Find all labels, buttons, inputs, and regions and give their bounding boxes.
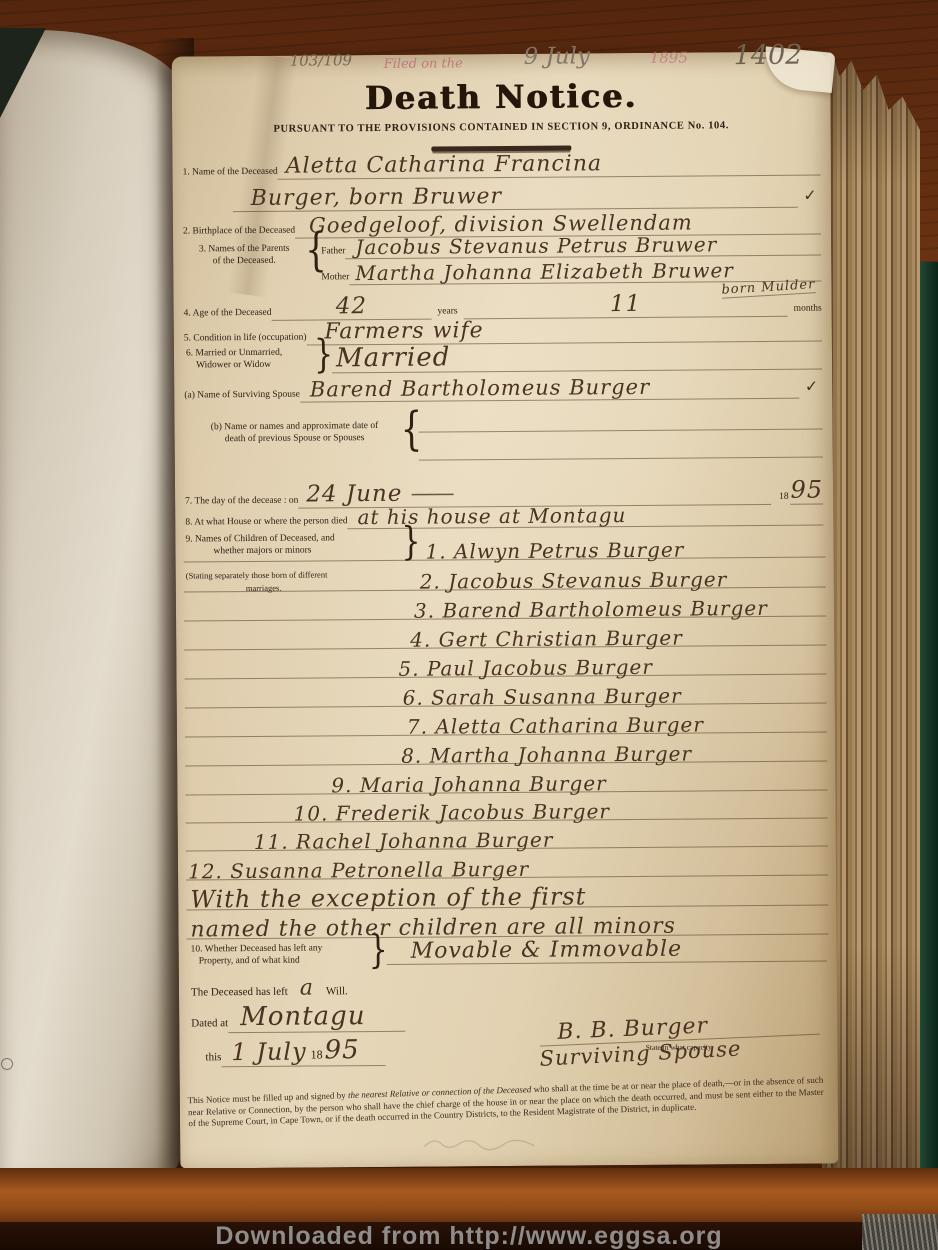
field-6-value: Married bbox=[332, 342, 822, 374]
date-year-hand: 95 bbox=[322, 1035, 385, 1066]
field-name-line2: Burger, born Bruwer ✓ bbox=[233, 184, 821, 213]
table-edge bbox=[0, 1168, 938, 1230]
dated-this-row: this 1 July 18 95 bbox=[205, 1035, 385, 1067]
folio-number-annotation: 1402 bbox=[734, 40, 803, 72]
dated-place: Montagu bbox=[228, 1001, 406, 1033]
faint-pencil-scribble bbox=[420, 1132, 540, 1155]
field-6-row: Married bbox=[332, 342, 822, 374]
field-1-label: 1. Name of the Deceased bbox=[183, 167, 278, 181]
field-name-of-deceased: 1. Name of the Deceased Aletta Catharina… bbox=[182, 152, 820, 181]
year-hand: 95 bbox=[790, 475, 823, 504]
age-months-value: 11 bbox=[463, 292, 787, 320]
father-value: Jacobus Stevanus Petrus Bruwer bbox=[345, 234, 821, 260]
check-mark: ✓ bbox=[799, 377, 823, 399]
married-brace: } bbox=[314, 340, 333, 371]
footnote: This Notice must be filled up and signed… bbox=[187, 1075, 824, 1131]
field-3-label: 3. Names of the Parents of the Deceased. bbox=[185, 244, 303, 269]
field-10-row: Movable & Immovable bbox=[387, 937, 827, 964]
field-6a-value: Barend Bartholomeus Burger bbox=[300, 376, 799, 403]
child-row: 3. Barend Bartholomeus Burger bbox=[184, 588, 826, 621]
file-reference-annotation: 103/109 bbox=[290, 51, 352, 69]
date-hand: 1 July bbox=[221, 1038, 310, 1068]
child-row: 1. Alwyn Petrus Burger bbox=[183, 529, 825, 562]
field-10-label: 10. Whether Deceased has left any Proper… bbox=[191, 943, 367, 968]
field-8-label: 8. At what House or where the person die… bbox=[185, 516, 347, 530]
signature-block: B. B. Burger State in what capacity. Sur… bbox=[539, 1014, 819, 1065]
death-notice-page: 103/109 Filed on the 9 July 1895 1402 De… bbox=[172, 51, 839, 1168]
field-2-label: 2. Birthplace of the Deceased bbox=[183, 226, 295, 240]
minors-note-line2: named the other children are all minors bbox=[186, 905, 828, 939]
field-6b-label: (b) Name or names and approximate date o… bbox=[191, 421, 399, 446]
father-label: Father bbox=[321, 246, 345, 259]
pencil-mark bbox=[1, 1058, 13, 1070]
field-10-value: Movable & Immovable bbox=[387, 937, 827, 964]
date-year-printed: 18 bbox=[311, 1047, 323, 1066]
property-brace: } bbox=[369, 935, 388, 966]
field-6-label: 6. Married or Unmarried, Widower or Wido… bbox=[186, 347, 314, 372]
age-years-value: 42 bbox=[271, 295, 431, 321]
child-row: 11. Rachel Johanna Burger bbox=[186, 818, 828, 851]
field-6a-label: (a) Name of Surviving Spouse bbox=[184, 390, 300, 404]
child-row: 5. Paul Jacobus Burger bbox=[184, 646, 826, 679]
filed-year-annotation: 1895 bbox=[650, 49, 688, 67]
blank-rule bbox=[419, 428, 823, 433]
ink-dash: —— bbox=[411, 480, 453, 506]
field-place-of-death: 8. At what House or where the person die… bbox=[185, 503, 823, 530]
months-label: months bbox=[788, 304, 822, 317]
will-statement: The Deceased has left a Will. bbox=[191, 975, 348, 1001]
field-5-label: 5. Condition in life (occupation) bbox=[184, 333, 307, 347]
check-mark: ✓ bbox=[797, 186, 821, 208]
will-value: a bbox=[292, 975, 322, 1000]
dated-label: Dated at bbox=[191, 1017, 228, 1033]
mother-label: Mother bbox=[321, 272, 349, 285]
field-surviving-spouse: (a) Name of Surviving Spouse Barend Bart… bbox=[184, 376, 822, 404]
filed-stamp-annotation: Filed on the bbox=[384, 56, 463, 72]
blank-rule bbox=[419, 455, 823, 460]
filed-date-annotation: 9 July bbox=[524, 43, 591, 70]
photo-scene: 103/109 Filed on the 9 July 1895 1402 De… bbox=[0, 0, 938, 1250]
field-father: Father Jacobus Stevanus Petrus Bruwer bbox=[321, 234, 821, 260]
watermark-text: Downloaded from http://www.eggsa.org bbox=[0, 1222, 938, 1250]
field-age: 4. Age of the Deceased 42 years 11 month… bbox=[184, 292, 822, 322]
page-title: Death Notice. bbox=[172, 75, 830, 118]
child-row: 8. Martha Johanna Burger bbox=[185, 733, 827, 766]
child-row: 2. Jacobus Stevanus Burger bbox=[184, 559, 826, 592]
will-suffix: Will. bbox=[326, 985, 348, 997]
field-1-value-line1: Aletta Catharina Francina bbox=[278, 152, 821, 180]
will-prefix: The Deceased has left bbox=[191, 986, 288, 999]
child-row: 7. Aletta Catharina Burger bbox=[185, 704, 827, 737]
child-row: 6. Sarah Susanna Burger bbox=[185, 675, 827, 708]
this-label: this bbox=[205, 1051, 221, 1067]
child-row: 4. Gert Christian Burger bbox=[184, 617, 826, 650]
field-1-value-line2: Burger, born Bruwer bbox=[233, 184, 798, 212]
field-4-label: 4. Age of the Deceased bbox=[184, 308, 272, 322]
dated-at-row: Dated at Montagu bbox=[191, 1001, 406, 1034]
